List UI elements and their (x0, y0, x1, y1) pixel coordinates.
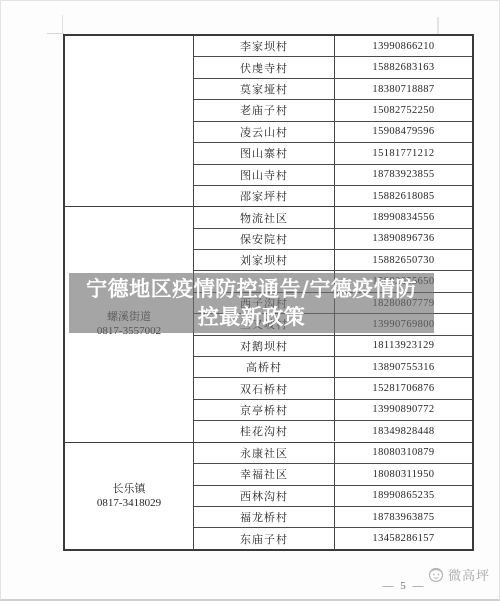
row-list: 永康社区18080310879幸福社区18080311950西林沟村189908… (194, 443, 472, 549)
table-row: 对鹅坝村18113923129 (194, 335, 472, 356)
table-row: 刘家坝村15882650730 (194, 249, 472, 270)
phone-cell: 18990865235 (335, 486, 472, 506)
village-cell: 高桥村 (194, 357, 335, 377)
phone-cell: 15908479596 (335, 122, 472, 142)
scan-artifact-line (437, 17, 439, 34)
phone-cell: 18113923129 (335, 336, 472, 356)
village-cell: 凌云山村 (194, 122, 335, 142)
town-phone: 0817-3418029 (97, 496, 161, 510)
village-cell: 西林沟村 (194, 486, 335, 506)
table-row: 图山寨村15181771212 (194, 142, 472, 163)
phone-cell: 18080311950 (335, 464, 472, 484)
village-cell: 伏虔寺村 (194, 57, 335, 77)
table-row: 西林沟村18990865235 (194, 485, 472, 506)
phone-cell: 15082752250 (335, 100, 472, 120)
table-row: 莫家垭村18380718887 (194, 78, 472, 99)
table-row: 永康社区18080310879 (194, 443, 472, 463)
phone-cell: 13990890772 (335, 400, 472, 420)
table-row: 李家坝村13990866210 (194, 36, 472, 56)
phone-cell: 18783963875 (335, 507, 472, 527)
table-row: 邵家坪村15882618085 (194, 185, 472, 206)
phone-cell: 15181771212 (335, 143, 472, 163)
document-page: 李家坝村13990866210伏虔寺村15882683163莫家垭村183807… (0, 0, 500, 601)
phone-cell: 13990866210 (335, 36, 472, 56)
village-cell: 桂花沟村 (194, 421, 335, 441)
village-cell: 邵家坪村 (194, 186, 335, 206)
row-list: 李家坝村13990866210伏虔寺村15882683163莫家垭村183807… (194, 36, 472, 206)
village-cell: 刘家坝村 (194, 250, 335, 270)
village-cell: 莫家垭村 (194, 79, 335, 99)
phone-cell: 15281706876 (335, 378, 472, 398)
table-row: 桂花沟村18349828448 (194, 420, 472, 441)
village-cell: 对鹅坝村 (194, 336, 335, 356)
table-row: 保安院村13890896736 (194, 228, 472, 249)
page-number: — 5 — (369, 580, 439, 592)
table-row: 老庙子村15082752250 (194, 99, 472, 120)
phone-cell: 13890896736 (335, 229, 472, 249)
table-row: 京亭桥村13990890772 (194, 399, 472, 420)
phone-cell: 13458286157 (335, 528, 472, 548)
phone-cell: 15882683163 (335, 57, 472, 77)
watermark-label: 微高坪 (448, 565, 490, 584)
phone-cell: 18380718887 (335, 79, 472, 99)
phone-cell: 15882618085 (335, 186, 472, 206)
table-row: 伏虔寺村15882683163 (194, 56, 472, 77)
town-cell (65, 36, 194, 206)
phone-cell: 18990834556 (335, 207, 472, 227)
phone-cell: 15882650730 (335, 250, 472, 270)
village-cell: 图山寨村 (194, 143, 335, 163)
table-row: 东庙子村13458286157 (194, 527, 472, 548)
table-row: 凌云山村15908479596 (194, 121, 472, 142)
overlay-title-line2: 控最新政策 (198, 303, 306, 331)
phone-cell: 18349828448 (335, 421, 472, 441)
village-cell: 幸福社区 (194, 464, 335, 484)
village-cell: 保安院村 (194, 229, 335, 249)
scan-artifact-line (62, 15, 63, 34)
phone-cell: 13890755316 (335, 357, 472, 377)
town-group: 李家坝村13990866210伏虔寺村15882683163莫家垭村183807… (65, 36, 472, 206)
village-cell: 京亭桥村 (194, 400, 335, 420)
village-cell: 图山寺村 (194, 165, 335, 185)
village-cell: 东庙子村 (194, 528, 335, 548)
town-group: 长乐镇0817-3418029永康社区18080310879幸福社区180803… (65, 442, 472, 549)
village-cell: 物流社区 (194, 207, 335, 227)
village-cell: 永康社区 (194, 443, 335, 463)
table-row: 幸福社区18080311950 (194, 463, 472, 484)
phone-cell: 18783923855 (335, 165, 472, 185)
town-cell: 长乐镇0817-3418029 (65, 443, 194, 549)
overlay-title-line1: 宁德地区疫情防控通告/宁德疫情防 (86, 275, 417, 303)
table-row: 物流社区18990834556 (194, 207, 472, 227)
town-name: 长乐镇 (113, 482, 146, 496)
village-cell: 双石桥村 (194, 378, 335, 398)
title-overlay-banner: 宁德地区疫情防控通告/宁德疫情防 控最新政策 (69, 273, 434, 333)
phone-cell: 18080310879 (335, 443, 472, 463)
table-row: 图山寺村18783923855 (194, 164, 472, 185)
village-cell: 老庙子村 (194, 100, 335, 120)
village-cell: 福龙桥村 (194, 507, 335, 527)
table-row: 高桥村13890755316 (194, 356, 472, 377)
table-row: 双石桥村15281706876 (194, 377, 472, 398)
village-cell: 李家坝村 (194, 36, 335, 56)
table-row: 福龙桥村18783963875 (194, 506, 472, 527)
